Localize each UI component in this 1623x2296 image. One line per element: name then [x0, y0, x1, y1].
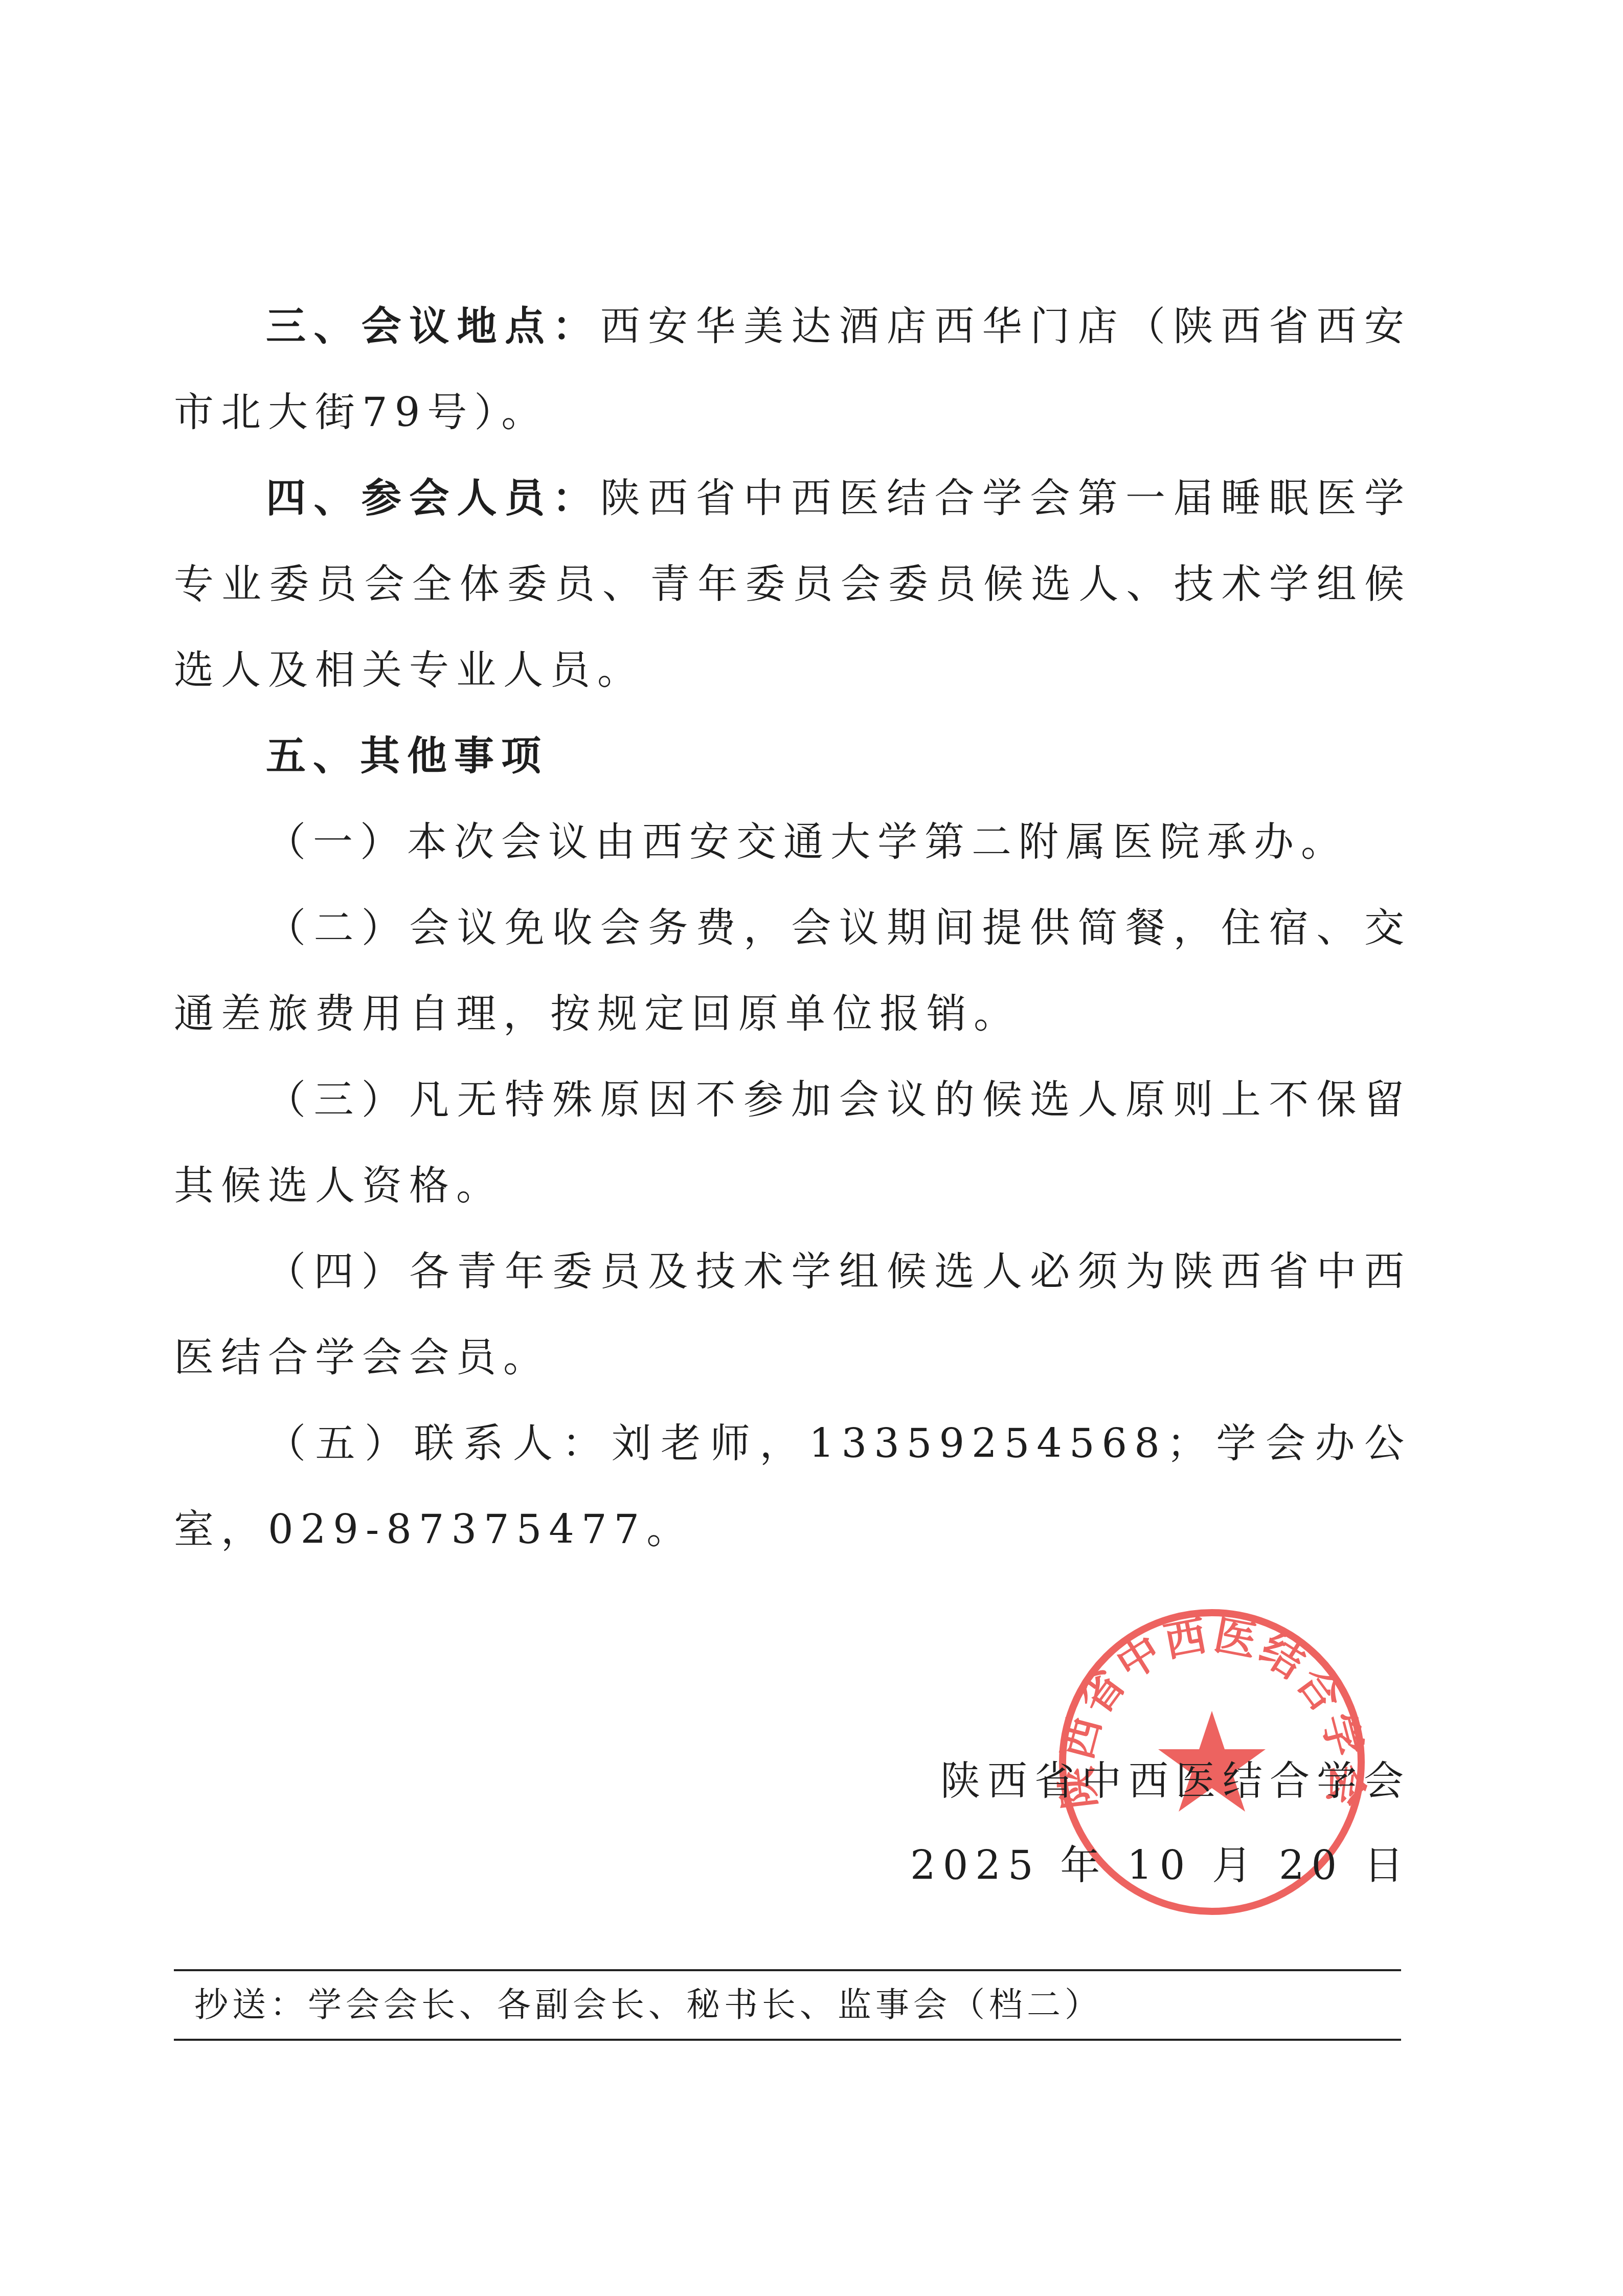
- other-item-5: （五）联系人：刘老师，13359254568；学会办公室，029-8737547…: [174, 1401, 1411, 1573]
- cc-section: 抄送：学会会长、各副会长、秘书长、监事会（档二）: [174, 1969, 1401, 2041]
- section-heading-attendees: 四、参会人员：: [266, 476, 600, 522]
- document-page: 三、会议地点：西安华美达酒店西华门店（陕西省西安市北大街79号）。 四、参会人员…: [0, 0, 1623, 2296]
- other-item-2: （二）会议免收会务费，会议期间提供简餐，住宿、交通差旅费用自理，按规定回原单位报…: [174, 885, 1411, 1057]
- section-attendees: 四、参会人员：陕西省中西医结合学会第一届睡眠医学专业委员会全体委员、青年委员会委…: [174, 456, 1411, 714]
- other-item-4: （四）各青年委员及技术学组候选人必须为陕西省中西医结合学会会员。: [174, 1229, 1411, 1401]
- section-heading-venue: 三、会议地点：: [266, 304, 600, 350]
- signature-date: 2025 年 10 月 20 日: [910, 1834, 1411, 1891]
- document-body: 三、会议地点：西安华美达酒店西华门店（陕西省西安市北大街79号）。 四、参会人员…: [174, 284, 1411, 1573]
- cc-text: 抄送：学会会长、各副会长、秘书长、监事会（档二）: [194, 1980, 1102, 2030]
- cc-divider-bottom: [174, 2039, 1401, 2041]
- other-item-1: （一）本次会议由西安交通大学第二附属医院承办。: [174, 799, 1411, 885]
- cc-divider-top: [174, 1969, 1401, 1971]
- section-other: 五、其他事项: [174, 714, 1411, 799]
- section-heading-other: 五、其他事项: [266, 733, 548, 779]
- section-venue: 三、会议地点：西安华美达酒店西华门店（陕西省西安市北大街79号）。: [174, 284, 1411, 456]
- signature-organization: 陕西省中西医结合学会: [940, 1749, 1411, 1807]
- other-item-3: （三）凡无特殊原因不参加会议的候选人原则上不保留其候选人资格。: [174, 1057, 1411, 1229]
